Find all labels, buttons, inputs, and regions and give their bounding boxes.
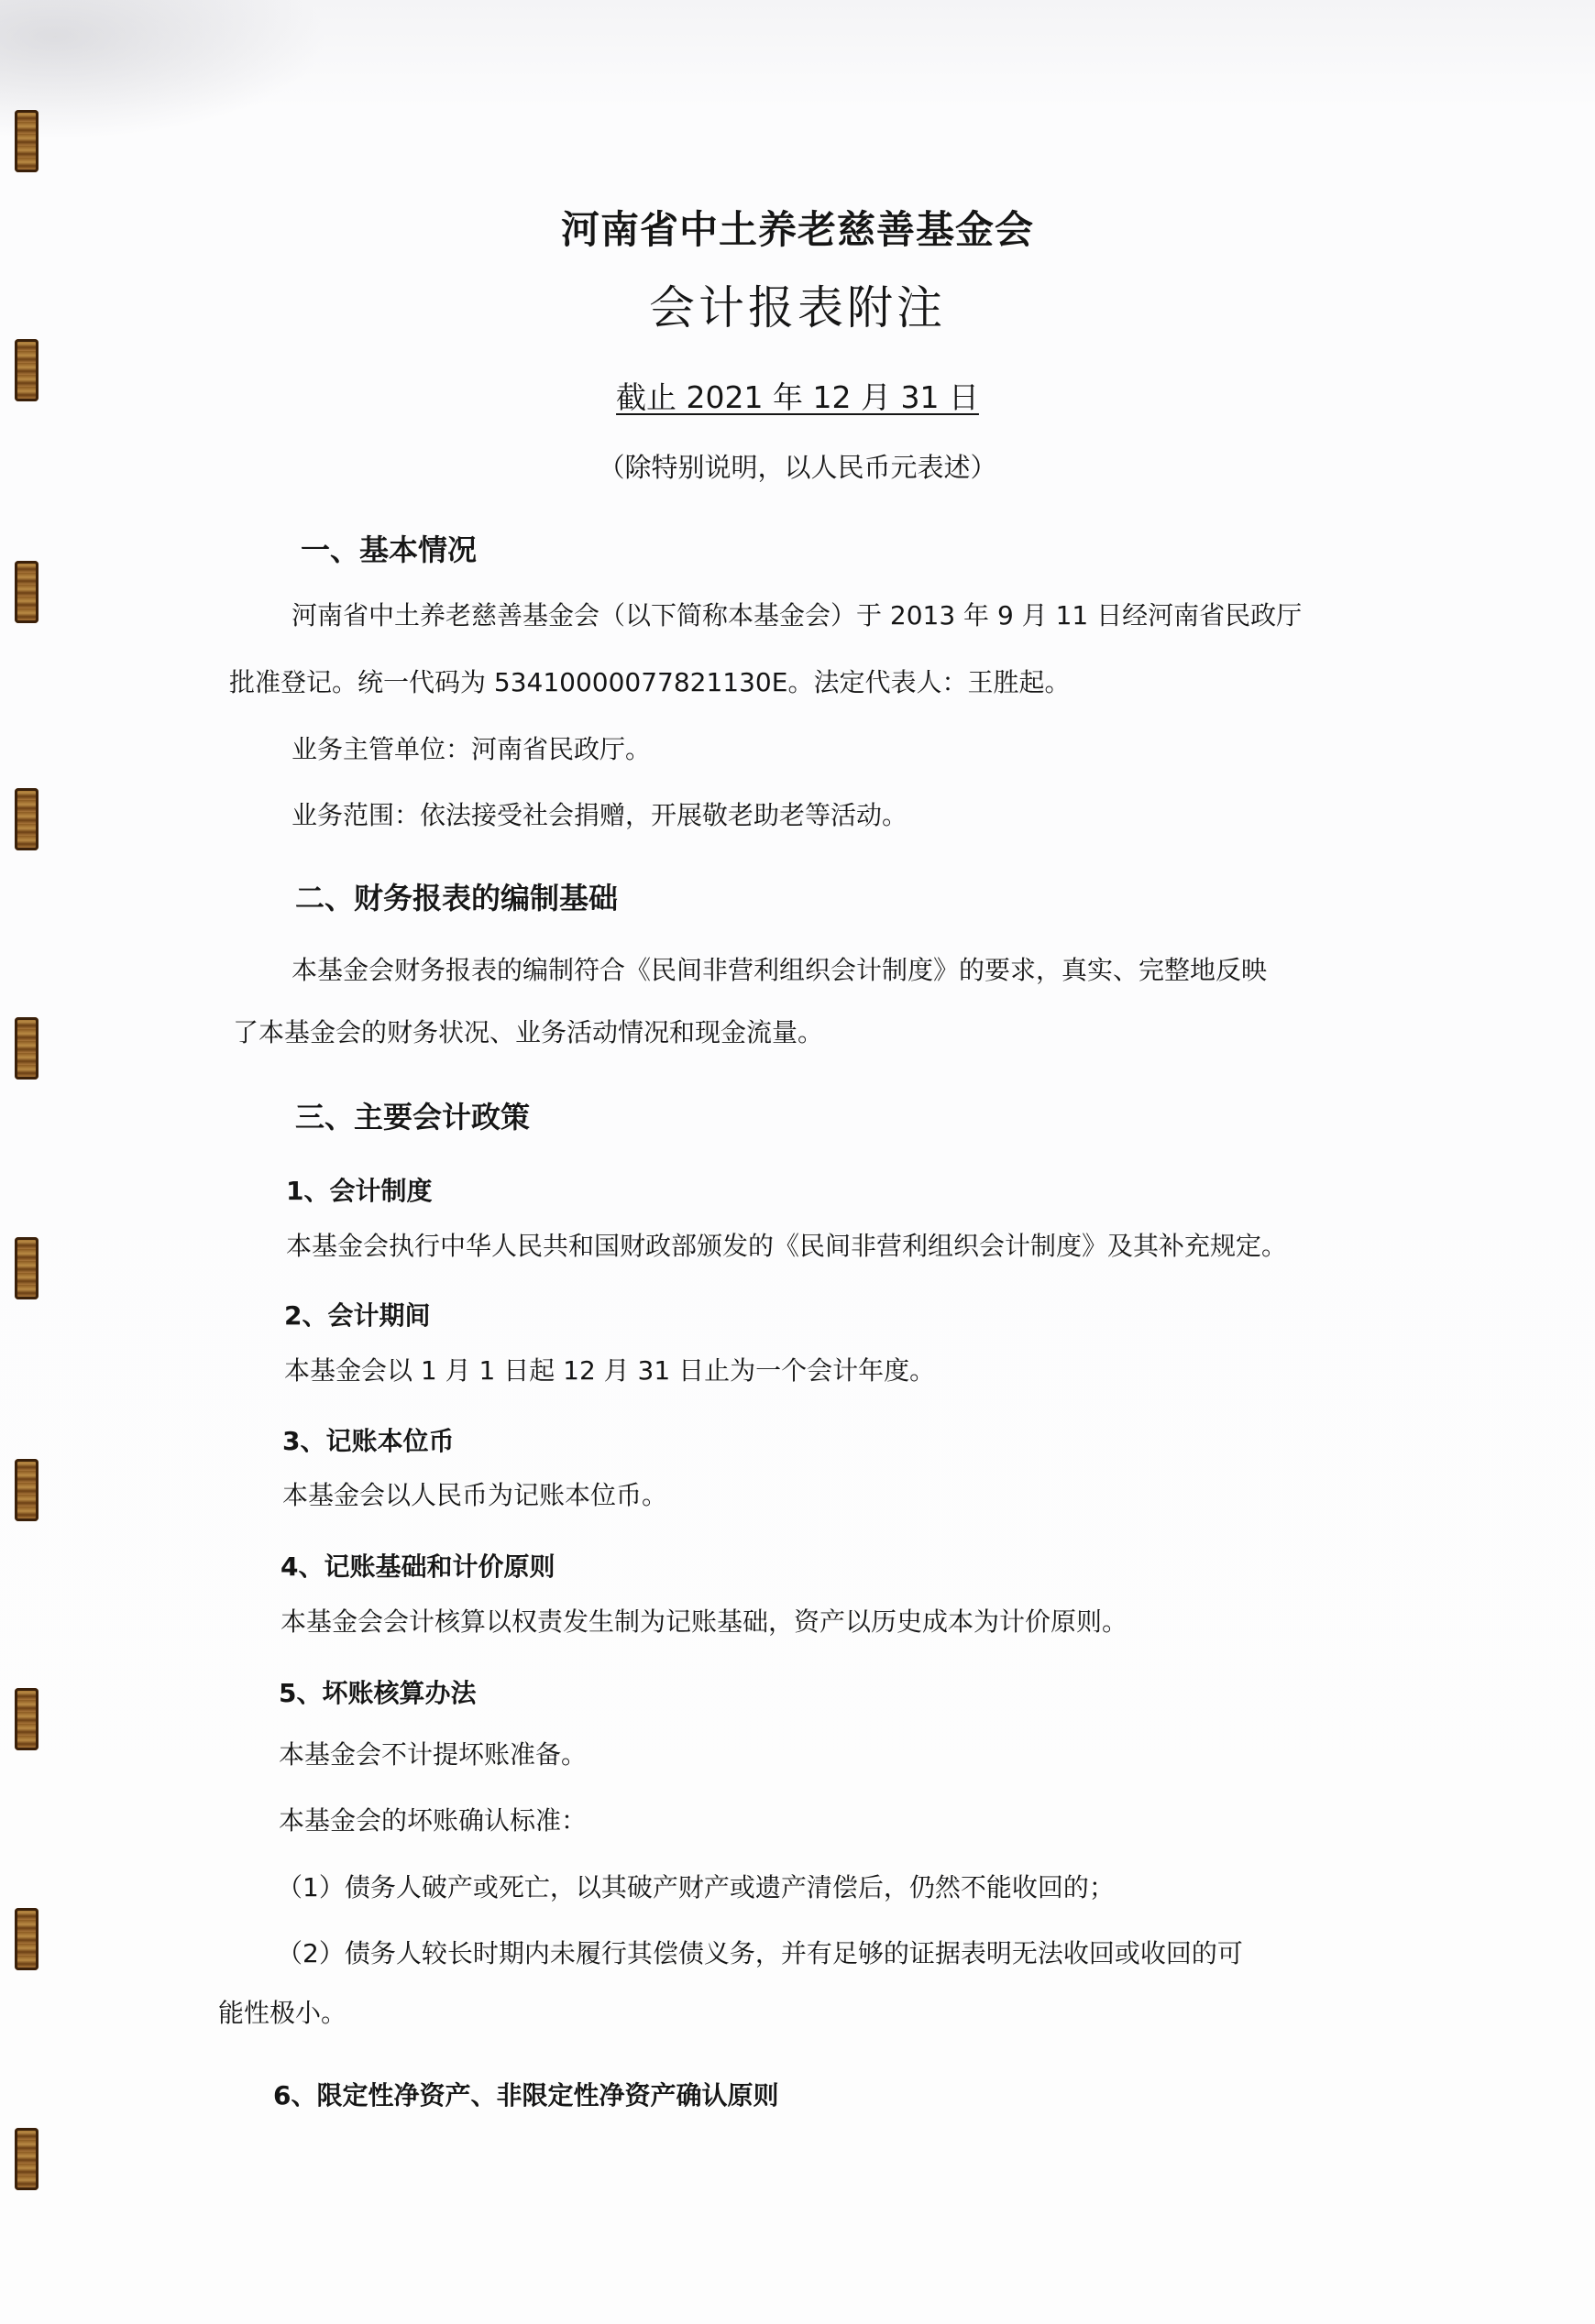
binding-hole-icon: [15, 2128, 38, 2190]
binding-hole-icon: [15, 1459, 38, 1521]
section-1-heading: 一、基本情况: [301, 527, 477, 569]
policy-3-title: 3、记账本位币: [282, 1421, 454, 1458]
policy-4-body: 本基金会会计核算以权责发生制为记账基础，资产以历史成本为计价原则。: [280, 1602, 1127, 1639]
binding-hole-icon: [15, 1908, 38, 1970]
policy-1-body: 本基金会执行中华人民共和国财政部颁发的《民间非营利组织会计制度》及其补充规定。: [286, 1226, 1287, 1263]
policy-2-body: 本基金会以 1 月 1 日起 12 月 31 日止为一个会计年度。: [284, 1351, 935, 1387]
binding-hole-icon: [15, 1688, 38, 1750]
binding-hole-icon: [15, 788, 38, 850]
section-2-paragraph-line-2: 了本基金会的财务状况、业务活动情况和现金流量。: [233, 1013, 823, 1049]
bad-debt-criterion-1: （1）债务人破产或死亡，以其破产财产或遗产清偿后，仍然不能收回的；: [277, 1868, 1115, 1904]
section-2-heading: 二、财务报表的编制基础: [295, 875, 618, 917]
section-3-heading: 三、主要会计政策: [295, 1094, 530, 1136]
binding-hole-icon: [15, 1237, 38, 1299]
policy-3-body: 本基金会以人民币为记账本位币。: [282, 1475, 667, 1512]
policy-4-title: 4、记账基础和计价原则: [280, 1547, 555, 1584]
report-date: 截止 2021 年 12 月 31 日: [0, 374, 1595, 417]
business-scope: 业务范围：依法接受社会捐赠，开展敬老助老等活动。: [291, 795, 907, 832]
policy-5-title: 5、坏账核算办法: [279, 1673, 476, 1710]
organization-title: 河南省中土养老慈善基金会: [0, 200, 1595, 255]
section-2-paragraph-line-1: 本基金会财务报表的编制符合《民间非营利组织会计制度》的要求，真实、完整地反映: [291, 950, 1267, 987]
report-date-text: 截止 2021 年 12 月 31 日: [616, 379, 979, 415]
section-1-paragraph-line-2: 批准登记。统一代码为 53410000077821130E。法定代表人：王胜起。: [229, 663, 1070, 699]
policy-6-title: 6、限定性净资产、非限定性净资产确认原则: [273, 2076, 779, 2112]
policy-5-body: 本基金会不计提坏账准备。: [279, 1735, 587, 1771]
binding-hole-icon: [15, 561, 38, 623]
policy-1-title: 1、会计制度: [286, 1171, 432, 1208]
policy-2-title: 2、会计期间: [284, 1296, 430, 1332]
bad-debt-criterion-2-line-2: 能性极小。: [218, 1993, 346, 2030]
bad-debt-criterion-2-line-1: （2）债务人较长时期内未履行其偿债义务，并有足够的证据表明无法收回或收回的可: [277, 1934, 1243, 1970]
bad-debt-criteria-intro: 本基金会的坏账确认标准：: [279, 1801, 587, 1837]
currency-note: （除特别说明，以人民币元表述）: [0, 447, 1595, 485]
section-1-paragraph-line-1: 河南省中土养老慈善基金会（以下简称本基金会）于 2013 年 9 月 11 日经…: [291, 596, 1302, 632]
supervisory-unit: 业务主管单位：河南省民政厅。: [291, 729, 651, 766]
document-title: 会计报表附注: [0, 271, 1595, 337]
binding-hole-icon: [15, 110, 38, 172]
binding-hole-icon: [15, 1017, 38, 1080]
scanned-page: 河南省中土养老慈善基金会 会计报表附注 截止 2021 年 12 月 31 日 …: [0, 0, 1595, 2324]
